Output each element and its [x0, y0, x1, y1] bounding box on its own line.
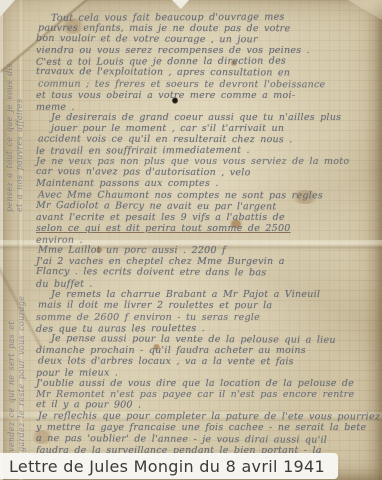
letter-line: jouer pour le moment , car s'il t'arriva…	[36, 123, 374, 134]
caption-label: Lettre de Jules Mongin du 8 avril 1941	[0, 453, 338, 479]
letter-line: Je pense aussi pour la vente de la pelou…	[36, 333, 374, 346]
letter-line: pour le mieux .	[36, 366, 374, 379]
letter-line: Je reflechis que pour completer la patur…	[38, 411, 376, 423]
letter-line: le travail en souffrirait immediatement …	[36, 144, 374, 157]
margin-note-line: vendez ce qui ne sert pas et	[7, 296, 17, 452]
letter-line: Maintenant passons aux comptes .	[36, 178, 374, 189]
letter-line: mais il doit me livrer 2 roulettes et po…	[38, 300, 376, 312]
letter-line: dimanche prochain - qu'il faudra acheter…	[36, 345, 374, 356]
letter-line: y mettre la gaye francaise une fois cach…	[36, 422, 374, 433]
letter-line: et tous vous obeirai a votre mere comme …	[36, 90, 374, 101]
margin-note-line: gardez le reste pour vous courage	[17, 296, 27, 452]
letter-line: du buffet .	[36, 277, 374, 290]
margin-note-bottom: vendez ce qui ne sert pas etgardez le re…	[7, 296, 26, 452]
margin-note-top: pensez a tout ce que je vous diset a nos…	[5, 63, 24, 212]
letter-line: Avec Mme Chaumont nos comptes ne sont pa…	[38, 189, 376, 201]
letter-line: Je desirerais de grand coeur aussi que t…	[36, 112, 374, 123]
letter-line: somme de 2600 f environ - tu seras regle	[36, 312, 374, 323]
margin-note-line: pensez a tout ce que je vous dis	[5, 63, 15, 212]
letter-scan: Tout cela vous fait beaucoup d'ouvrage m…	[0, 0, 382, 480]
letter-line: avant l'ecrite et pesait les 9 vifs a l'…	[36, 212, 374, 223]
letter-line: meme .	[36, 100, 374, 113]
letter-line: selon ce qui est dit perira tout somme d…	[36, 223, 374, 234]
letter-line: commun ; tes freres et soeurs te devront…	[38, 78, 376, 90]
letter-line: J'oublie aussi de vous dire que la locat…	[36, 378, 374, 389]
margin-note-line: et a nos pauvres affaires	[15, 63, 25, 212]
letter-line: bon vouloir et de votre courage , un jou…	[36, 33, 374, 46]
letter-line: travaux de l'exploitation , apres consul…	[36, 66, 374, 79]
letter-line: Mr Gadiolot a Bercy ne avait eu par l'ar…	[36, 200, 374, 213]
letter-line: Mme Laillot un porc aussi . 2200 f	[38, 245, 376, 257]
letter-body: Tout cela vous fait beaucoup d'ouvrage m…	[0, 0, 382, 456]
letter-line: a ne pas 'oublier' de l'annee - je vous …	[36, 433, 374, 446]
